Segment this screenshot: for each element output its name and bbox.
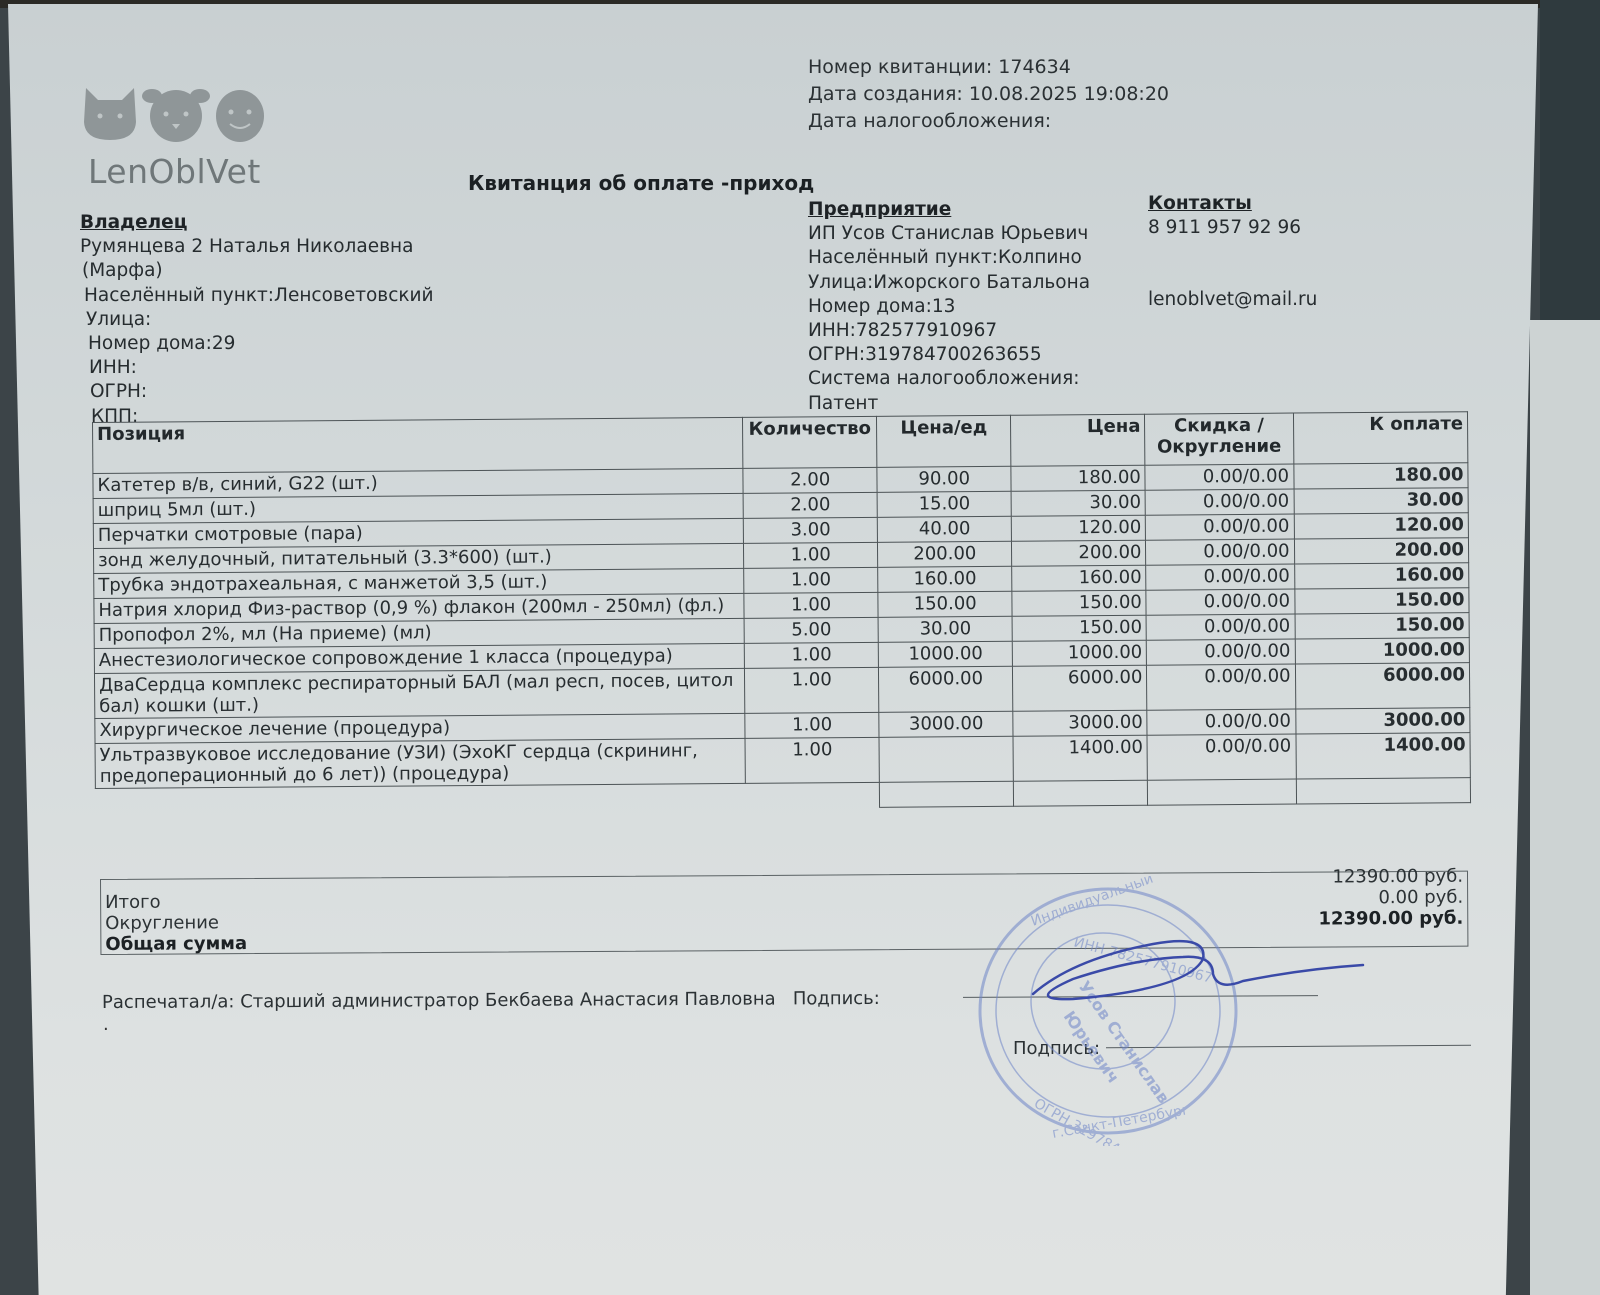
item-price: 160.00 <box>1012 565 1146 591</box>
contact-email: lenoblvet@mail.ru <box>1148 288 1317 312</box>
owner-name: Румянцева 2 Наталья Николаевна <box>80 235 434 259</box>
company-stamp: Индивидуальный ИНН 782577910967 Усов Ста… <box>963 876 1253 1146</box>
receipt-paper: LenOblVet Номер квитанции: 174634 Дата с… <box>8 4 1538 1295</box>
item-to-pay: 1400.00 <box>1296 733 1471 779</box>
col-price: Цена <box>1011 414 1145 466</box>
subtotal-label: Итого <box>105 891 247 913</box>
grand-total-label: Общая сумма <box>105 933 247 955</box>
item-discount: 0.00/0.00 <box>1146 539 1294 565</box>
owner-block: Владелец Румянцева 2 Наталья Николаевна … <box>80 211 434 429</box>
item-unit-price: 15.00 <box>877 491 1011 517</box>
item-unit-price: 40.00 <box>878 516 1012 542</box>
company-name: ИП Усов Станислав Юрьевич <box>808 222 1090 246</box>
item-price: 1000.00 <box>1013 640 1147 666</box>
item-quantity: 1.00 <box>745 667 879 713</box>
item-quantity: 3.00 <box>743 517 877 543</box>
item-discount: 0.00/0.00 <box>1145 489 1293 515</box>
item-price: 1400.00 <box>1013 735 1147 781</box>
item-price: 150.00 <box>1012 590 1146 616</box>
item-price: 3000.00 <box>1013 710 1147 736</box>
item-quantity: 1.00 <box>744 642 878 668</box>
item-discount: 0.00/0.00 <box>1146 589 1294 615</box>
item-to-pay: 120.00 <box>1294 513 1469 539</box>
item-to-pay: 160.00 <box>1294 563 1469 589</box>
item-to-pay: 30.00 <box>1294 488 1469 514</box>
item-to-pay: 6000.00 <box>1295 663 1470 709</box>
receipt-number: Номер квитанции: 174634 <box>808 54 1169 81</box>
item-price: 150.00 <box>1012 615 1146 641</box>
company-ogrn: ОГРН:319784700263655 <box>808 343 1090 367</box>
item-quantity: 1.00 <box>744 567 878 593</box>
item-unit-price: 1000.00 <box>879 641 1013 667</box>
item-unit-price: 3000.00 <box>879 711 1013 737</box>
owner-inn: ИНН: <box>80 356 434 380</box>
item-to-pay: 200.00 <box>1294 538 1469 564</box>
logo-text: LenOblVet <box>88 152 261 191</box>
receipt-meta: Номер квитанции: 174634 Дата создания: 1… <box>808 54 1169 135</box>
signature-label: Подпись: <box>793 988 880 1009</box>
rounding-value: 0.00 руб. <box>1318 887 1463 909</box>
item-to-pay: 1000.00 <box>1295 638 1470 664</box>
smiley-face-icon <box>216 90 264 142</box>
owner-pet: (Марфа) <box>80 259 434 283</box>
item-discount: 0.00/0.00 <box>1147 709 1295 735</box>
item-to-pay: 150.00 <box>1295 613 1470 639</box>
company-heading: Предприятие <box>808 198 1090 222</box>
col-position: Позиция <box>93 417 744 473</box>
item-quantity: 1.00 <box>745 712 879 738</box>
item-unit-price: 30.00 <box>878 616 1012 642</box>
item-quantity: 1.00 <box>744 542 878 568</box>
dog-face-icon <box>142 89 210 142</box>
document-title: Квитанция об оплате -приход <box>468 171 814 195</box>
company-block: Предприятие ИП Усов Станислав Юрьевич На… <box>808 198 1090 416</box>
col-to-pay: К оплате <box>1293 412 1468 464</box>
item-to-pay: 3000.00 <box>1295 708 1470 734</box>
item-to-pay: 180.00 <box>1293 463 1468 489</box>
cat-face-icon <box>84 88 136 140</box>
company-tax-system-label: Система налогообложения: <box>808 367 1090 391</box>
item-quantity: 1.00 <box>745 737 879 783</box>
item-quantity: 5.00 <box>744 617 878 643</box>
item-price: 200.00 <box>1012 540 1146 566</box>
item-quantity: 2.00 <box>743 467 877 493</box>
item-discount: 0.00/0.00 <box>1146 614 1294 640</box>
col-discount: Скидка / Округление <box>1145 413 1294 465</box>
item-quantity: 1.00 <box>744 592 878 618</box>
subtotal-value: 12390.00 руб. <box>1318 866 1463 888</box>
company-inn: ИНН:782577910967 <box>808 319 1090 343</box>
item-to-pay: 150.00 <box>1294 588 1469 614</box>
item-unit-price: 6000.00 <box>879 666 1013 712</box>
item-discount: 0.00/0.00 <box>1147 734 1296 780</box>
item-name: Ультразвуковое исследование (УЗИ) (ЭхоКГ… <box>95 738 746 788</box>
owner-settlement: Населённый пункт:Ленсоветовский <box>80 284 434 308</box>
item-discount: 0.00/0.00 <box>1146 514 1294 540</box>
contacts-heading: Контакты <box>1148 192 1317 216</box>
created-date: Дата создания: 10.08.2025 19:08:20 <box>808 81 1169 108</box>
company-tax-system: Патент <box>808 392 1090 416</box>
item-discount: 0.00/0.00 <box>1147 664 1296 710</box>
svg-text:г.Санкт-Петербург: г.Санкт-Петербург <box>1051 1102 1191 1142</box>
items-table: Позиция Количество Цена/ед Цена Скидка /… <box>92 411 1471 814</box>
company-settlement: Населённый пункт:Колпино <box>808 246 1090 270</box>
logo-icons <box>80 82 270 144</box>
totals-labels: Итого Округление Общая сумма <box>105 891 247 955</box>
stray-mark: . <box>103 1014 109 1035</box>
item-unit-price <box>879 736 1013 782</box>
item-price: 6000.00 <box>1013 665 1147 711</box>
owner-ogrn: ОГРН: <box>80 380 434 404</box>
item-unit-price: 90.00 <box>877 466 1011 492</box>
item-quantity: 2.00 <box>743 492 877 518</box>
col-unit-price: Цена/ед <box>877 415 1011 467</box>
item-price: 120.00 <box>1012 515 1146 541</box>
printed-by: Распечатал/а: Старший администратор Бекб… <box>102 988 880 1013</box>
owner-street: Улица: <box>80 308 434 332</box>
rounding-label: Округление <box>105 912 247 934</box>
owner-heading: Владелец <box>80 211 434 235</box>
contacts-block: Контакты 8 911 957 92 96 lenoblvet@mail.… <box>1148 192 1317 313</box>
company-house: Номер дома:13 <box>808 295 1090 319</box>
item-unit-price: 160.00 <box>878 566 1012 592</box>
contact-phone: 8 911 957 92 96 <box>1148 216 1317 240</box>
background-table-surface <box>1530 320 1600 1295</box>
company-street: Улица:Ижорского Батальона <box>808 271 1090 295</box>
item-price: 180.00 <box>1011 465 1145 491</box>
item-unit-price: 200.00 <box>878 541 1012 567</box>
background-edge-right <box>1540 0 1600 320</box>
owner-house: Номер дома:29 <box>80 332 434 356</box>
item-discount: 0.00/0.00 <box>1147 639 1295 665</box>
handwritten-signature <box>1013 919 1373 1009</box>
item-discount: 0.00/0.00 <box>1146 564 1294 590</box>
tax-date: Дата налогообложения: <box>808 108 1169 135</box>
item-discount: 0.00/0.00 <box>1145 464 1293 490</box>
item-price: 30.00 <box>1011 490 1145 516</box>
col-quantity: Количество <box>743 416 877 468</box>
item-unit-price: 150.00 <box>878 591 1012 617</box>
item-name: ДваСердца комплекс респираторный БАЛ (ма… <box>94 668 745 718</box>
